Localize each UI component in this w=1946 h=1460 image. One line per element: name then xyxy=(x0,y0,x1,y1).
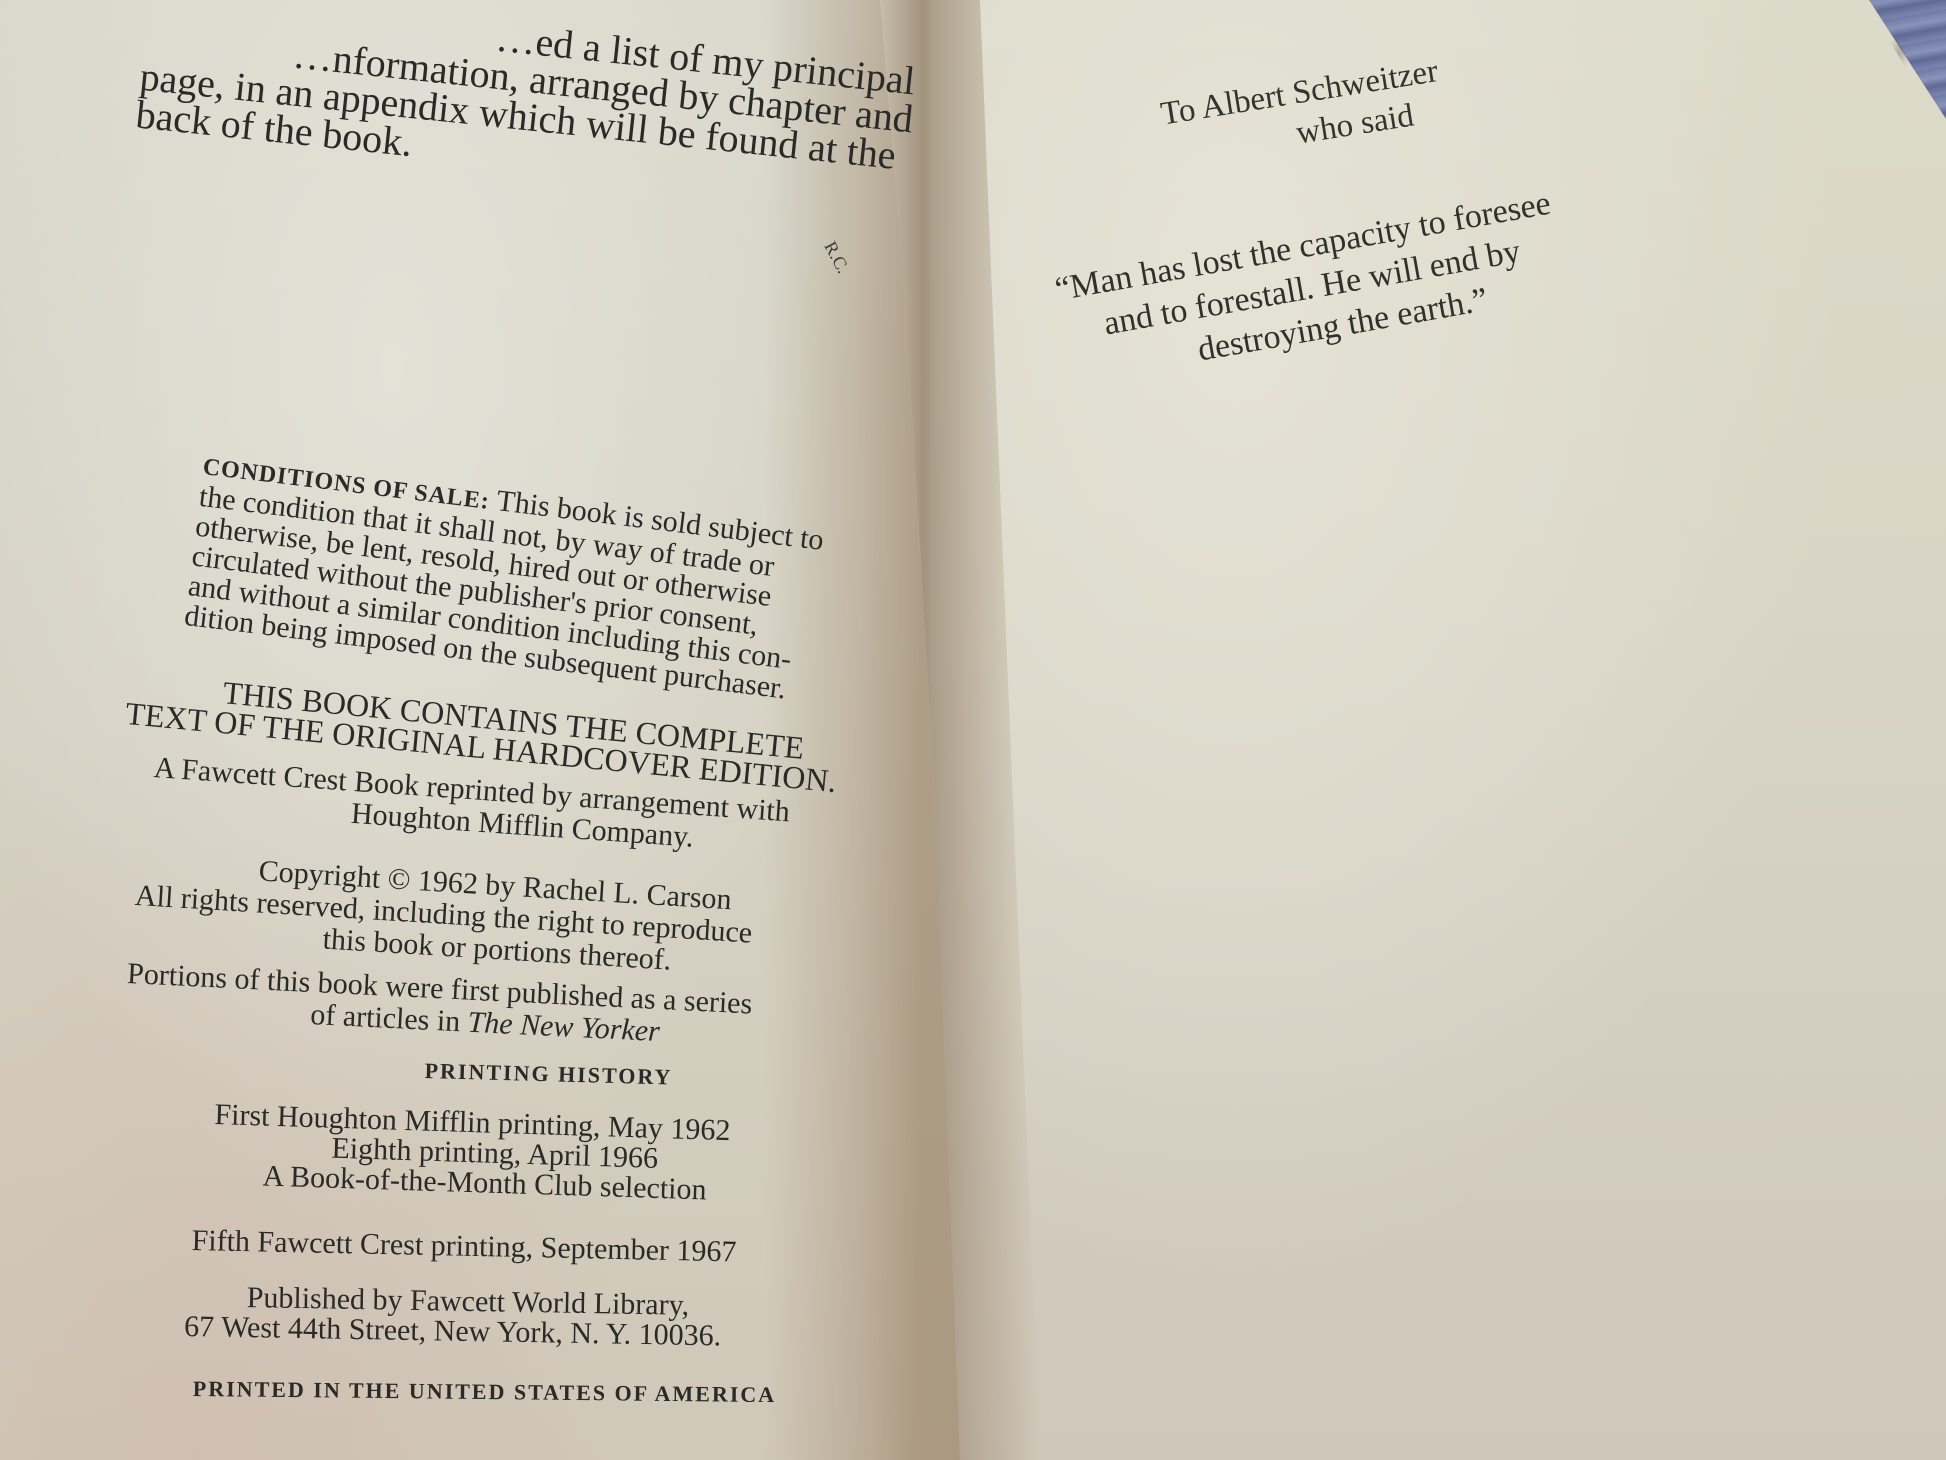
blue-fabric-background xyxy=(1836,0,1946,140)
book-spread-photo: …ed a list of my principal …nformation, … xyxy=(0,0,1946,1460)
printing-history-list: First Houghton Mifflin printing, May 196… xyxy=(212,1100,731,1206)
publisher-address: Published by Fawcett World Library, 67 W… xyxy=(184,1282,722,1351)
